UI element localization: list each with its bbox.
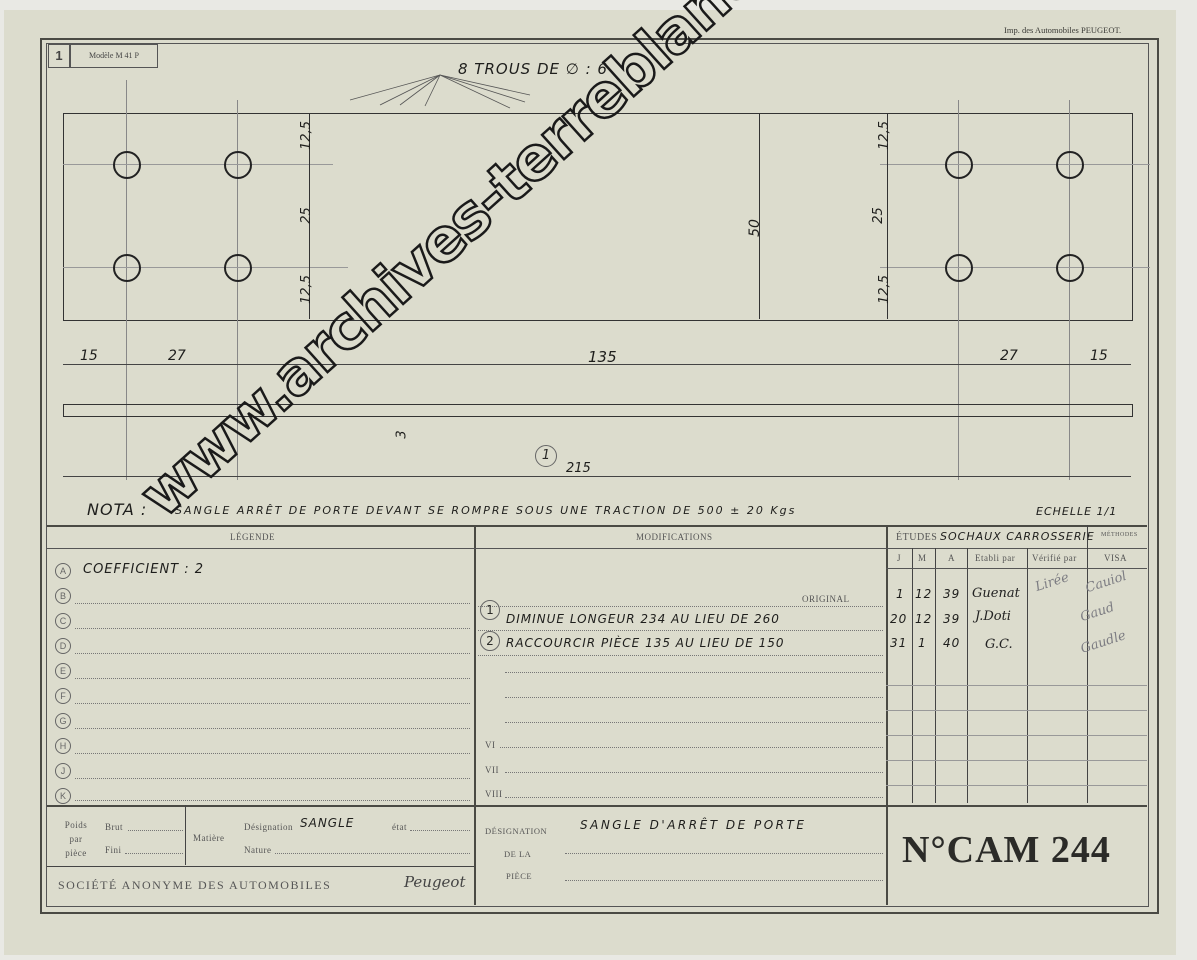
poids-label: Poids par pièce [58, 818, 94, 860]
col-m: M [918, 553, 927, 563]
legend-letter: J [55, 763, 71, 779]
hole-icon [1056, 151, 1084, 179]
methodes-label: MÉTHODES [1101, 532, 1138, 538]
mod-number: 1 [480, 600, 500, 620]
peugeot-logo: Peugeot [404, 873, 466, 891]
centerline [880, 267, 1150, 268]
legend-text: COEFFICIENT : 2 [83, 562, 204, 577]
cell-a: 39 [943, 612, 960, 626]
cell-m: 12 [915, 612, 932, 626]
cell-m: 1 [918, 636, 927, 650]
designation-label: Désignation [244, 822, 293, 832]
company-name: SOCIÉTÉ ANONYME DES AUTOMOBILES [58, 878, 331, 893]
brut-label: Brut [105, 822, 123, 832]
piece-label: DÉSIGNATION [485, 826, 547, 836]
cell-a: 40 [943, 636, 960, 650]
col-verifie: Vérifié par [1032, 553, 1077, 563]
hole-icon [945, 254, 973, 282]
dim-right-edge: 15 [1090, 348, 1108, 364]
dim-top-left: 12,5 [299, 121, 314, 150]
piece-label: PIÈCE [506, 871, 532, 881]
fini-label: Fini [105, 845, 122, 855]
dim-thickness: 3 [395, 430, 410, 438]
col-visa: VISA [1104, 553, 1127, 563]
divider [47, 525, 1147, 527]
roman-row: VIII [485, 789, 503, 799]
hole-icon [113, 254, 141, 282]
dim-overall-height: 50 [747, 219, 763, 237]
col-j: J [897, 553, 901, 563]
dim-left-pitch: 27 [168, 348, 186, 364]
cell-j: 31 [890, 636, 907, 650]
designation-value: SANGLE [300, 816, 354, 830]
hole-icon [224, 254, 252, 282]
piece-designation: SANGLE D'ARRÊT DE PORTE [580, 818, 806, 832]
centerline [63, 164, 333, 165]
scale: ECHELLE 1/1 [1036, 505, 1117, 518]
cell-j: 20 [890, 612, 907, 626]
leader-lines [340, 70, 540, 110]
etat-label: état [392, 822, 407, 832]
col-a: A [948, 553, 955, 563]
centerline [63, 267, 348, 268]
hole-icon [1056, 254, 1084, 282]
legende-title: LÉGENDE [230, 532, 275, 542]
dimension-line [759, 113, 760, 319]
dim-overall-length: 215 [566, 461, 591, 476]
hole-icon [945, 151, 973, 179]
piece-label: DE LA [504, 849, 531, 859]
mod-text: DIMINUE LONGEUR 234 AU LIEU DE 260 [506, 612, 780, 626]
legend-letter: G [55, 713, 71, 729]
cell-m: 12 [915, 587, 932, 601]
sheet-number: 1 [48, 44, 70, 68]
dim-right-pitch: 27 [1000, 348, 1018, 364]
matiere-label: Matière [193, 833, 224, 843]
hole-icon [113, 151, 141, 179]
roman-row: VII [485, 765, 499, 775]
col-etabli: Etabli par [975, 553, 1015, 563]
note-text: SANGLE ARRÊT DE PORTE DEVANT SE ROMPRE S… [175, 504, 796, 517]
modifications-title: MODIFICATIONS [636, 532, 713, 542]
roman-row: VI [485, 740, 496, 750]
legend-letter: K [55, 788, 71, 804]
legend-letter: B [55, 588, 71, 604]
centerline [880, 164, 1150, 165]
cell-a: 39 [943, 587, 960, 601]
etudes-title: ÉTUDES [896, 532, 937, 543]
legend-letter: D [55, 638, 71, 654]
model-label: Modèle M 41 P [70, 44, 158, 68]
legend-letter: C [55, 613, 71, 629]
dim-center: 135 [588, 348, 617, 366]
original-label: ORIGINAL [802, 594, 850, 604]
note-label: NOTA : [87, 500, 147, 519]
signature: J.Doti [975, 609, 1011, 624]
legend-letter: H [55, 738, 71, 754]
etudes-department: SOCHAUX CARROSSERIE [940, 530, 1095, 543]
cell-j: 1 [896, 587, 905, 601]
revision-marker: 1 [535, 445, 557, 467]
dim-left-edge: 15 [80, 348, 98, 364]
part-number: N°CAM 244 [902, 828, 1111, 872]
printer-credit: Imp. des Automobiles PEUGEOT. [1004, 25, 1121, 35]
nature-label: Nature [244, 845, 272, 855]
mod-text: RACCOURCIR PIÈCE 135 AU LIEU DE 150 [506, 636, 785, 650]
hole-icon [224, 151, 252, 179]
signature: G.C. [985, 637, 1013, 652]
dim-top-right: 12,5 [877, 121, 892, 150]
dim-middle-left: 25 [299, 207, 314, 224]
dim-middle-right: 25 [871, 207, 886, 224]
legend-letter: E [55, 663, 71, 679]
legend-letter: F [55, 688, 71, 704]
signature: Guenat [972, 586, 1020, 601]
divider [47, 548, 1147, 549]
mod-number: 2 [480, 631, 500, 651]
divider [886, 525, 888, 905]
dim-bottom-right: 12,5 [877, 275, 892, 304]
dim-bottom-left: 12,5 [299, 275, 314, 304]
legend-letter: A [55, 563, 71, 579]
divider [474, 525, 476, 905]
